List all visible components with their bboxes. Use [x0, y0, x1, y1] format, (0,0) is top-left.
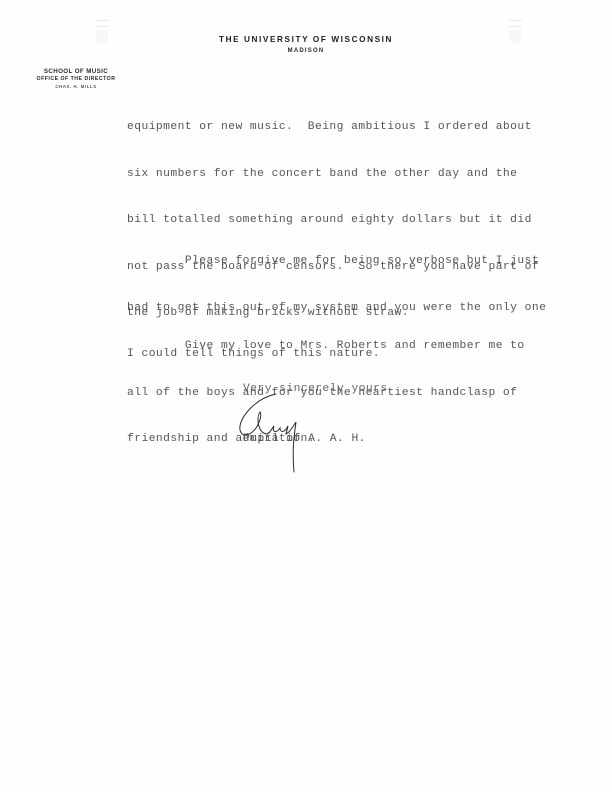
letterhead-department-block: SCHOOL OF MUSIC OFFICE OF THE DIRECTOR C…: [26, 68, 126, 90]
signoff: Pupil of A. A. H.: [243, 433, 366, 445]
text-line: Please forgive me for being so verbose b…: [127, 250, 546, 273]
text-line: six numbers for the concert band the oth…: [127, 163, 539, 186]
director-name: CHAS. H. MILLS: [26, 83, 126, 90]
department-name: SCHOOL OF MUSIC: [26, 68, 126, 76]
text-line: equipment or new music. Being ambitious …: [127, 116, 539, 139]
office-name: OFFICE OF THE DIRECTOR: [26, 76, 126, 83]
letterhead-institution: THE UNIVERSITY OF WISCONSIN: [0, 35, 612, 44]
letter-page: THE UNIVERSITY OF WISCONSIN MADISON SCHO…: [0, 0, 612, 792]
letterhead-city: MADISON: [0, 48, 612, 54]
text-line: Give my love to Mrs. Roberts and remembe…: [127, 335, 525, 358]
